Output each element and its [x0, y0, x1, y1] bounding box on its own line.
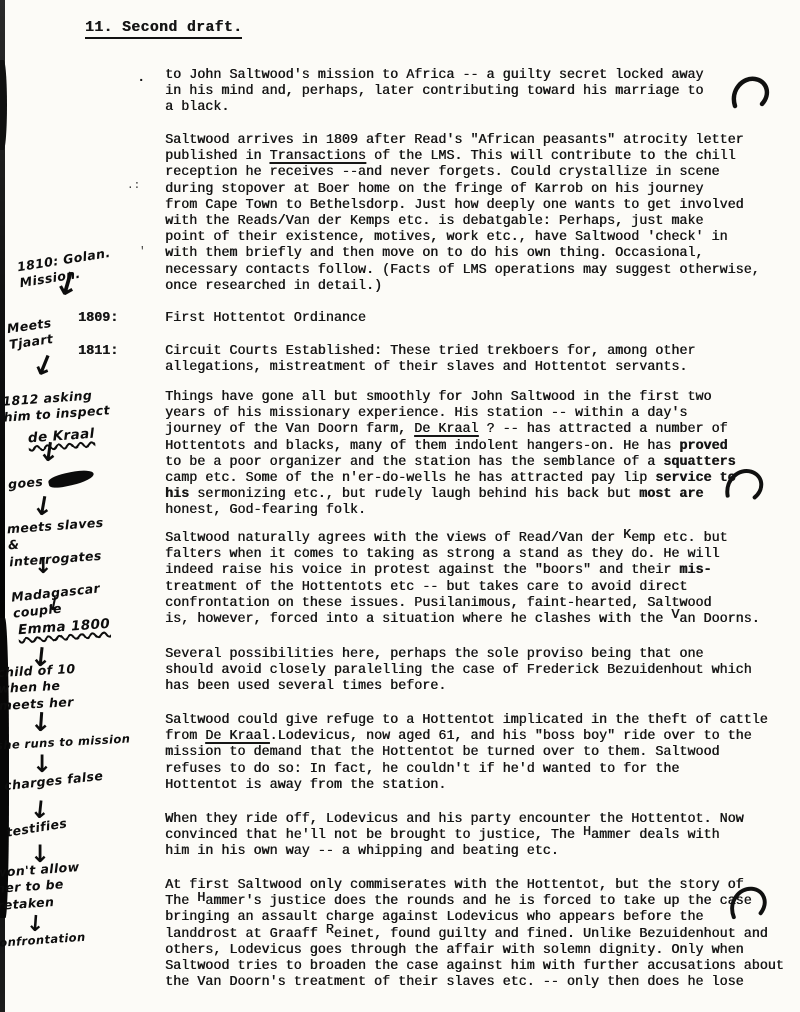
typed-text-segment: Hottentot is away from the station.	[165, 778, 446, 793]
typed-line: Hottentot is away from the station.	[165, 778, 768, 794]
paragraph: Saltwood could give refuge to a Hottento…	[165, 713, 768, 794]
typed-line: once researched in detail.)	[165, 279, 760, 295]
typed-text-segment: Saltwood tries to broaden the case again…	[165, 959, 784, 974]
page-title: 11. Second draft.	[85, 20, 242, 39]
pen-hook-mark	[725, 882, 774, 927]
typed-line: Circuit Courts Established: These tried …	[165, 344, 695, 360]
typed-text-segment: to John Saltwood's mission to Africa -- …	[165, 68, 703, 83]
down-arrow-icon: ↓	[32, 752, 52, 776]
typed-text-segment: of the LMS. This will contribute to the …	[366, 149, 736, 164]
typed-line: Several possibilities here, perhaps the …	[165, 647, 752, 663]
typed-text-segment: published in	[165, 149, 269, 164]
margin-note: de Kraal	[27, 426, 95, 448]
typed-text-segment: is, however, forced into a situation whe…	[165, 612, 671, 627]
typed-text-segment: At first Saltwood only commiserates with…	[165, 878, 744, 893]
margin-note: meets slaves & interrogates	[6, 515, 106, 570]
typed-text-segment: has been used several times before.	[165, 679, 446, 694]
typed-text-segment: falters when it comes to taking as stron…	[165, 547, 719, 562]
margin-note-text: goes	[7, 473, 48, 491]
typed-text-segment: einet, found guilty and fined. Unlike Be…	[334, 927, 768, 942]
typed-line: convinced that he'll not be brought to j…	[165, 828, 744, 844]
paragraph: When they ride off, Lodevicus and his pa…	[165, 812, 744, 861]
typed-text-segment: with them briefly and then move on to do…	[165, 246, 703, 261]
photocopy-edge-blob	[0, 60, 7, 150]
typed-text-segment: De Kraal	[414, 422, 478, 437]
typed-text-segment: confrontation on these issues. Pusilanim…	[165, 596, 711, 611]
timeline-entry: First Hottentot Ordinance	[165, 311, 366, 327]
typed-text-segment: De Kraal	[205, 729, 269, 744]
typed-line: years of his missionary experience. His …	[165, 406, 736, 422]
typed-text-segment: with the Reads/Van der Kemps etc. is deb…	[165, 214, 703, 229]
typed-text-segment: from	[165, 729, 205, 744]
typed-text-segment: his	[165, 487, 189, 502]
typed-text-segment: H	[583, 825, 591, 840]
timeline-year: 1809:	[78, 311, 118, 326]
typed-line: First Hottentot Ordinance	[165, 311, 366, 327]
typed-text-segment: landdrost at Graaff	[165, 927, 326, 942]
timeline-year: 1811:	[78, 344, 118, 359]
typed-line: honest, God-fearing folk.	[165, 503, 736, 519]
down-arrow-icon: ↓	[30, 492, 56, 521]
typed-line: When they ride off, Lodevicus and his pa…	[165, 812, 744, 828]
typed-text-segment: point of their existence, motives, work …	[165, 230, 728, 245]
typed-text-segment: from Cape Town to Bethelsdorp. Just how …	[165, 198, 744, 213]
paragraph: Several possibilities here, perhaps the …	[165, 647, 752, 696]
typed-line: him in his own way -- a whipping and bea…	[165, 844, 744, 860]
margin-note: Meets Tjaart	[6, 315, 55, 353]
typed-text-segment: ammer's justice does the rounds and he i…	[205, 894, 751, 909]
typed-line: reception he receives --and never forget…	[165, 165, 760, 181]
typed-line: refuses to do so: In fact, he couldn't i…	[165, 762, 768, 778]
typed-line: Things have gone all but smoothly for Jo…	[165, 390, 736, 406]
typed-text-segment: Several possibilities here, perhaps the …	[165, 647, 703, 662]
typed-text-segment: honest, God-fearing folk.	[165, 503, 366, 518]
paragraph-marker-dot: .	[137, 70, 145, 86]
typed-text-segment: treatment of the Hottentots etc -- but t…	[165, 580, 687, 595]
typed-line: from Cape Town to Bethelsdorp. Just how …	[165, 198, 760, 214]
typed-line: indeed raise his voice in protest agains…	[165, 563, 760, 579]
typed-line: necessary contacts follow. (Facts of LMS…	[165, 263, 760, 279]
typed-text-segment: necessary contacts follow. (Facts of LMS…	[165, 263, 760, 278]
typed-line: others, Lodevicus goes through the affai…	[165, 943, 784, 959]
typed-text-segment: camp etc. Some of the n'er-do-wells he h…	[165, 471, 655, 486]
typed-text-segment: K	[623, 528, 631, 543]
typed-text-segment: reception he receives --and never forget…	[165, 165, 719, 180]
typed-text-segment: H	[197, 891, 205, 906]
typed-line: bringing an assault charge against Lodev…	[165, 910, 784, 926]
typed-text-segment: R	[326, 923, 334, 938]
typed-text-segment: during stopover at Boer home on the frin…	[165, 182, 703, 197]
typed-text-segment: proved	[679, 439, 727, 454]
paragraph: Saltwood naturally agrees with the views…	[165, 531, 760, 628]
typed-text-segment: allegations, mistreatment of their slave…	[165, 360, 687, 375]
typed-text-segment: most are	[639, 487, 703, 502]
typed-text-segment: him in his own way -- a whipping and bea…	[165, 844, 559, 859]
typed-text-segment: V	[671, 608, 679, 623]
typed-line: journey of the Van Doorn farm, De Kraal …	[165, 422, 736, 438]
typed-text-segment: .Lodevicus, now aged 61, and his "boss b…	[269, 729, 751, 744]
typed-text-segment: First Hottentot Ordinance	[165, 311, 366, 326]
typed-text-segment: a black.	[165, 100, 229, 115]
typed-line: At first Saltwood only commiserates with…	[165, 878, 784, 894]
typed-text-segment: Saltwood naturally agrees with the views…	[165, 531, 623, 546]
typed-text-segment: When they ride off, Lodevicus and his pa…	[165, 812, 744, 827]
typed-text-segment: should avoid closely paralelling the cas…	[165, 663, 752, 678]
typed-text-segment: emp etc. but	[631, 531, 727, 546]
pen-hook-mark	[719, 463, 770, 511]
typed-text-segment: journey of the Van Doorn farm,	[165, 422, 414, 437]
typed-text-segment: mis-	[679, 563, 711, 578]
typed-line: falters when it comes to taking as stron…	[165, 547, 760, 563]
typed-text-segment: Circuit Courts Established: These tried …	[165, 344, 695, 359]
typed-text-segment: indeed raise his voice in protest agains…	[165, 563, 679, 578]
down-arrow-icon: ↓	[25, 913, 45, 936]
manuscript-page: 11. Second draft. . .: ' to John Saltwoo…	[0, 0, 800, 1012]
pen-hook-mark	[728, 74, 774, 116]
margin-note: charges false	[3, 768, 104, 795]
typed-line: Saltwood arrives in 1809 after Read's "A…	[165, 133, 760, 149]
paragraph: to John Saltwood's mission to Africa -- …	[165, 68, 703, 117]
typed-line: during stopover at Boer home on the frin…	[165, 182, 760, 198]
down-arrow-icon: ↓	[29, 644, 53, 672]
typed-line: the Van Doorn's treatment of their slave…	[165, 975, 784, 991]
margin-note: she runs to mission	[0, 731, 131, 753]
down-arrow-icon: ↓	[29, 797, 52, 823]
typed-line: published in Transactions of the LMS. Th…	[165, 149, 760, 165]
paragraph: At first Saltwood only commiserates with…	[165, 878, 784, 991]
typed-line: allegations, mistreatment of their slave…	[165, 360, 695, 376]
typed-line: has been used several times before.	[165, 679, 752, 695]
typed-text-segment: Saltwood arrives in 1809 after Read's "A…	[165, 133, 744, 148]
typed-line: The Hammer's justice does the rounds and…	[165, 894, 784, 910]
typed-line: landdrost at Graaff Reinet, found guilty…	[165, 927, 784, 943]
stray-mark: '	[139, 246, 146, 258]
typed-line: Saltwood naturally agrees with the views…	[165, 531, 760, 547]
typed-text-segment: the Van Doorn's treatment of their slave…	[165, 975, 744, 990]
typed-text-segment: in his mind and, perhaps, later contribu…	[165, 84, 703, 99]
typed-text-segment: once researched in detail.)	[165, 279, 382, 294]
typed-text-segment: refuses to do so: In fact, he couldn't i…	[165, 762, 679, 777]
typed-text-segment: to be a poor organizer and the station h…	[165, 455, 663, 470]
margin-note: 1812 asking him to inspect	[2, 386, 111, 426]
paragraph: Saltwood arrives in 1809 after Read's "A…	[165, 133, 760, 295]
down-arrow-icon: ↓	[30, 842, 50, 866]
typed-line: in his mind and, perhaps, later contribu…	[165, 84, 703, 100]
typed-line: his sermonizing etc., but rudely laugh b…	[165, 487, 736, 503]
typed-text-segment: Transactions	[269, 149, 365, 164]
typed-line: Saltwood could give refuge to a Hottento…	[165, 713, 768, 729]
typed-text-segment: convinced that he'll not be brought to j…	[165, 828, 583, 843]
typed-line: to John Saltwood's mission to Africa -- …	[165, 68, 703, 84]
typed-line: with them briefly and then move on to do…	[165, 246, 760, 262]
typed-text-segment: sermonizing etc., but rudely laugh behin…	[189, 487, 639, 502]
down-arrow-icon: ↓	[34, 556, 52, 578]
typed-text-segment: The	[165, 894, 197, 909]
scribbled-out-word	[47, 468, 95, 490]
typed-line: from De Kraal.Lodevicus, now aged 61, an…	[165, 729, 768, 745]
typed-text-segment: Things have gone all but smoothly for Jo…	[165, 390, 711, 405]
typed-line: Saltwood tries to broaden the case again…	[165, 959, 784, 975]
typed-line: with the Reads/Van der Kemps etc. is deb…	[165, 214, 760, 230]
typed-line: to be a poor organizer and the station h…	[165, 455, 736, 471]
down-arrow-icon: ↓	[28, 349, 60, 384]
paragraph: Things have gone all but smoothly for Jo…	[165, 390, 736, 520]
typed-line: Hottentots and blacks, many of them indo…	[165, 439, 736, 455]
typed-line: treatment of the Hottentots etc -- but t…	[165, 580, 760, 596]
typed-line: camp etc. Some of the n'er-do-wells he h…	[165, 471, 736, 487]
stray-mark: .:	[127, 180, 140, 192]
typed-text-segment: ammer deals with	[591, 828, 720, 843]
down-arrow-icon: ↓	[36, 439, 61, 468]
typed-line: a black.	[165, 100, 703, 116]
timeline-entry: Circuit Courts Established: These tried …	[165, 344, 695, 376]
down-arrow-icon: ↓	[29, 709, 53, 736]
typed-line: is, however, forced into a situation whe…	[165, 612, 760, 628]
typed-line: mission to demand that the Hottentot be …	[165, 745, 768, 761]
typed-line: should avoid closely paralelling the cas…	[165, 663, 752, 679]
typed-text-segment: Saltwood could give refuge to a Hottento…	[165, 713, 768, 728]
typed-text-segment: Hottentots and blacks, many of them indo…	[165, 439, 679, 454]
typed-text-segment: years of his missionary experience. His …	[165, 406, 687, 421]
typed-text-segment: an Doorns.	[679, 612, 759, 627]
margin-note: goes	[7, 468, 94, 493]
typed-text-segment: mission to demand that the Hottentot be …	[165, 745, 719, 760]
typed-line: point of their existence, motives, work …	[165, 230, 760, 246]
typed-text-segment: others, Lodevicus goes through the affai…	[165, 943, 744, 958]
typed-text-segment: ? -- has attracted a number of	[478, 422, 727, 437]
typed-text-segment: bringing an assault charge against Lodev…	[165, 910, 703, 925]
